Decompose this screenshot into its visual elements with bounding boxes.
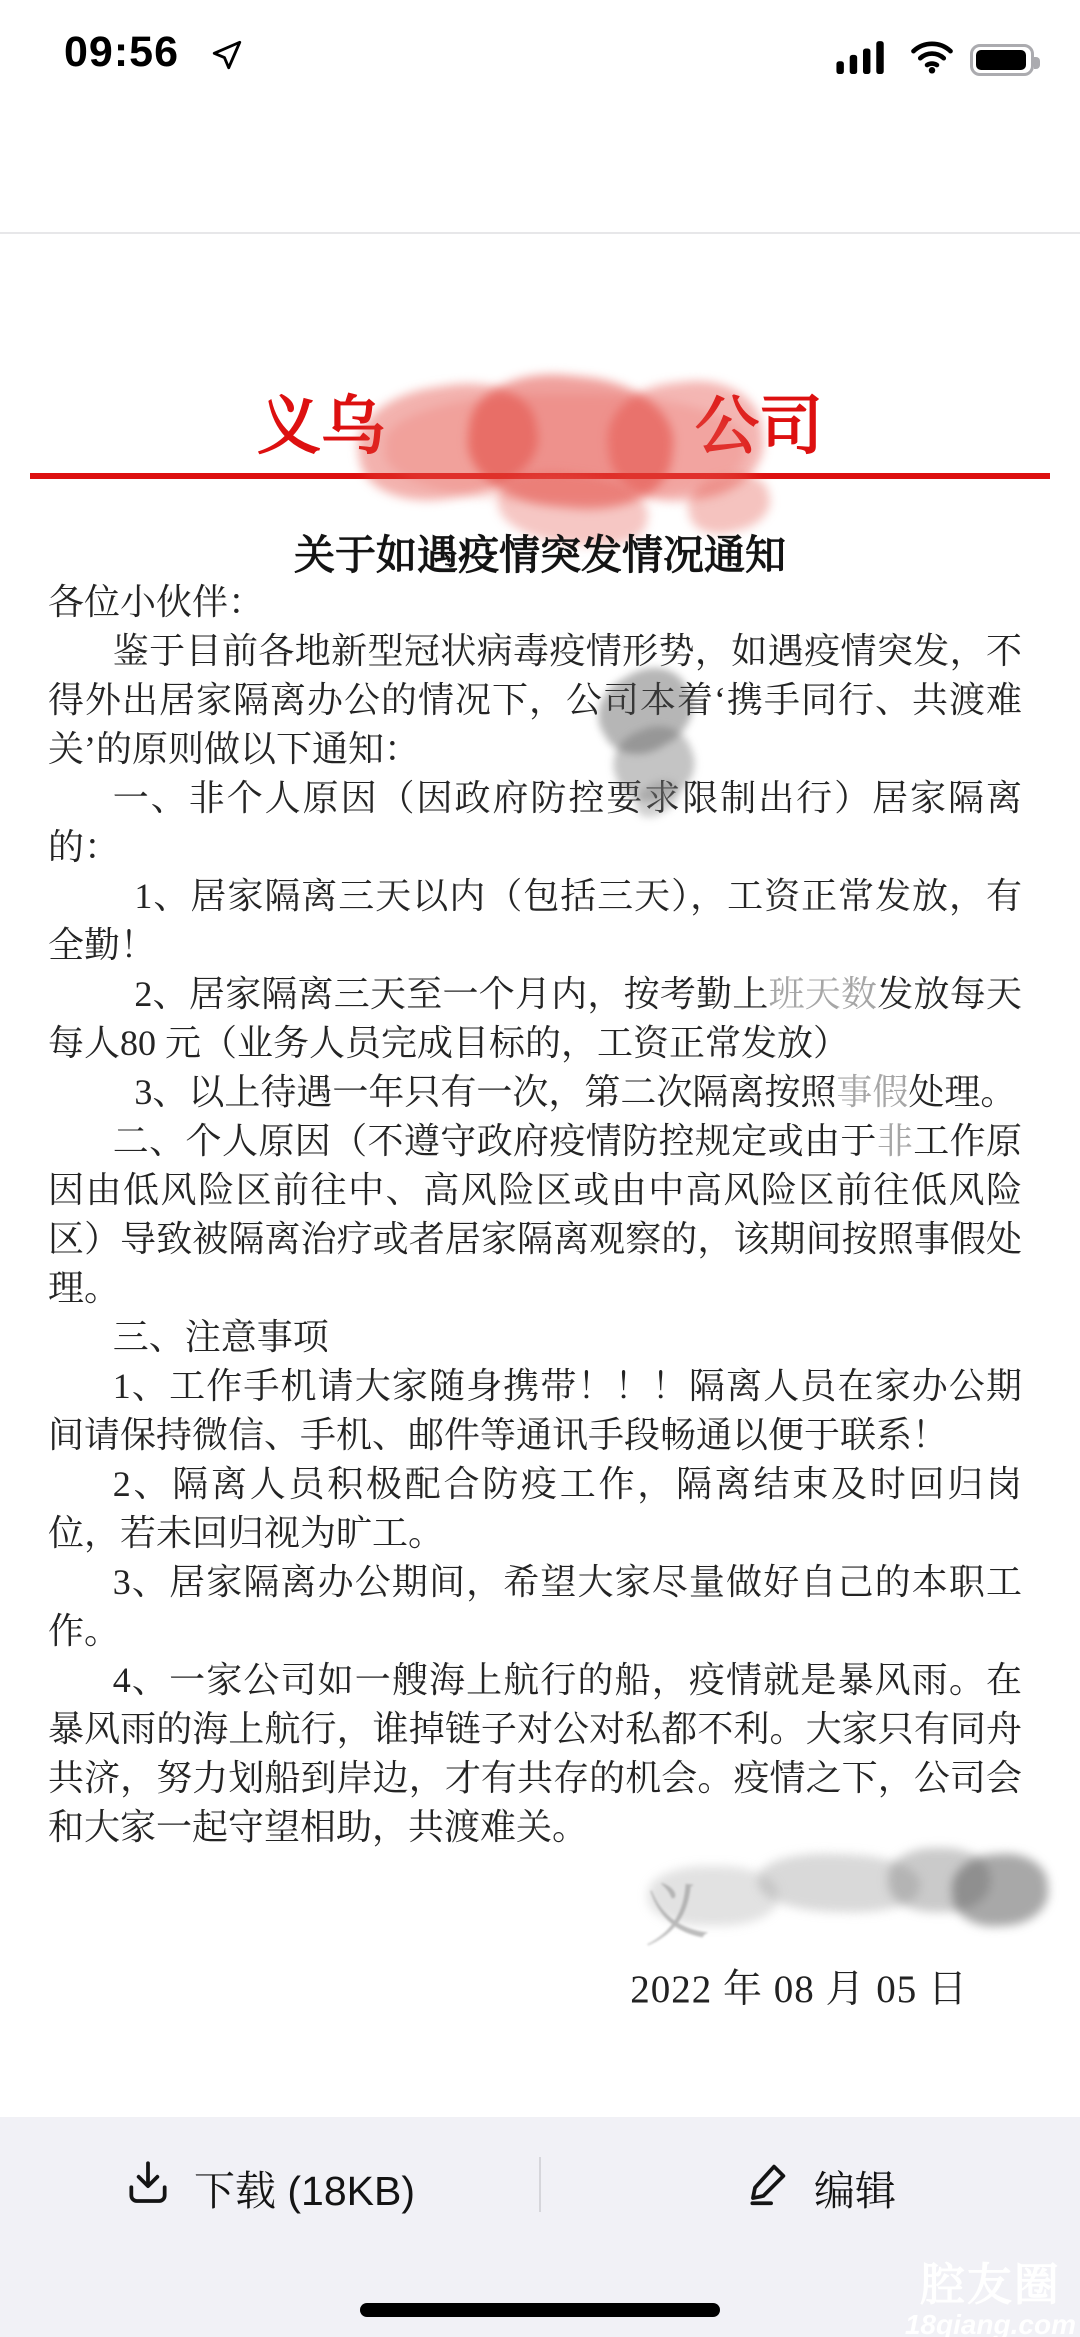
battery-icon — [970, 44, 1034, 76]
doc-paragraph: 各位小伙伴： — [48, 578, 1022, 627]
doc-paragraph: 二、个人原因（不遵守政府疫情防控规定或由于非工作原因由低风险区前往中、高风险区或… — [48, 1117, 1022, 1313]
doc-paragraph: 4、一家公司如一艘海上航行的船，疫情就是暴风雨。在暴风雨的海上航行，谁掉链子对公… — [48, 1656, 1022, 1852]
download-label: 下载 (18KB) — [194, 2158, 415, 2217]
wifi-icon — [909, 40, 955, 79]
download-icon — [122, 2157, 174, 2217]
doc-paragraph: 2、居家隔离三天至一个月内，按考勤上班天数发放每天每人80 元（业务人员完成目标… — [48, 970, 1022, 1068]
watermark: 腔友圈 18qiang.com — [905, 2260, 1076, 2337]
doc-paragraph: 一、非个人原因（因政府防控要求限制出行）居家隔离的： — [48, 774, 1022, 872]
toolbar-divider — [539, 2157, 541, 2212]
watermark-line2: 18qiang.com — [905, 2310, 1076, 2337]
watermark-line1: 腔友圈 — [905, 2260, 1076, 2310]
doc-paragraph: 3、以上待遇一年只有一次，第二次隔离按照事假处理。 — [48, 1068, 1022, 1117]
doc-paragraph: 2、隔离人员积极配合防疫工作，隔离结束及时回归岗位，若未回归视为旷工。 — [48, 1460, 1022, 1558]
notice-title: 关于如遇疫情突发情况通知 — [0, 522, 1080, 581]
notice-date: 2022 年 08 月 05 日 — [630, 1958, 968, 2014]
clock: 09:56 — [64, 28, 179, 77]
nav-bar: 返回 关于如遇疫情突发情况通知 (... — [0, 110, 1080, 234]
document-page: 义乌 公司 关于如遇疫情突发情况通知 各位小伙伴：鉴于目前各地新型冠状病毒疫情形… — [0, 236, 1080, 2117]
status-icons — [832, 40, 1034, 79]
doc-paragraph: 鉴于目前各地新型冠状病毒疫情形势，如遇疫情突发，不得外出居家隔离办公的情况下，公… — [48, 627, 1022, 774]
edit-label: 编辑 — [814, 2158, 896, 2217]
bottom-toolbar: 下载 (18KB) 编辑 腔友圈 18qiang.com — [0, 2117, 1080, 2337]
cellular-signal-icon — [832, 40, 894, 79]
doc-body: 各位小伙伴：鉴于目前各地新型冠状病毒疫情形势，如遇疫情突发，不得外出居家隔离办公… — [48, 578, 1022, 1852]
doc-paragraph: 三、注意事项 — [48, 1313, 1022, 1362]
download-button[interactable]: 下载 (18KB) — [122, 2157, 415, 2217]
edit-pencil-icon — [744, 2157, 794, 2217]
doc-paragraph: 1、工作手机请大家随身携带！！！隔离人员在家办公期间请保持微信、手机、邮件等通讯… — [48, 1362, 1022, 1460]
home-indicator[interactable] — [360, 2303, 720, 2317]
edit-button[interactable]: 编辑 — [744, 2157, 896, 2217]
location-arrow-icon — [210, 38, 244, 77]
doc-paragraph: 3、居家隔离办公期间，希望大家尽量做好自己的本职工作。 — [48, 1558, 1022, 1656]
doc-paragraph: 1、居家隔离三天以内（包括三天），工资正常发放，有全勤！ — [48, 872, 1022, 970]
status-bar: 09:56 — [0, 0, 1080, 110]
phone-screen: 09:56 — [0, 0, 1080, 2337]
